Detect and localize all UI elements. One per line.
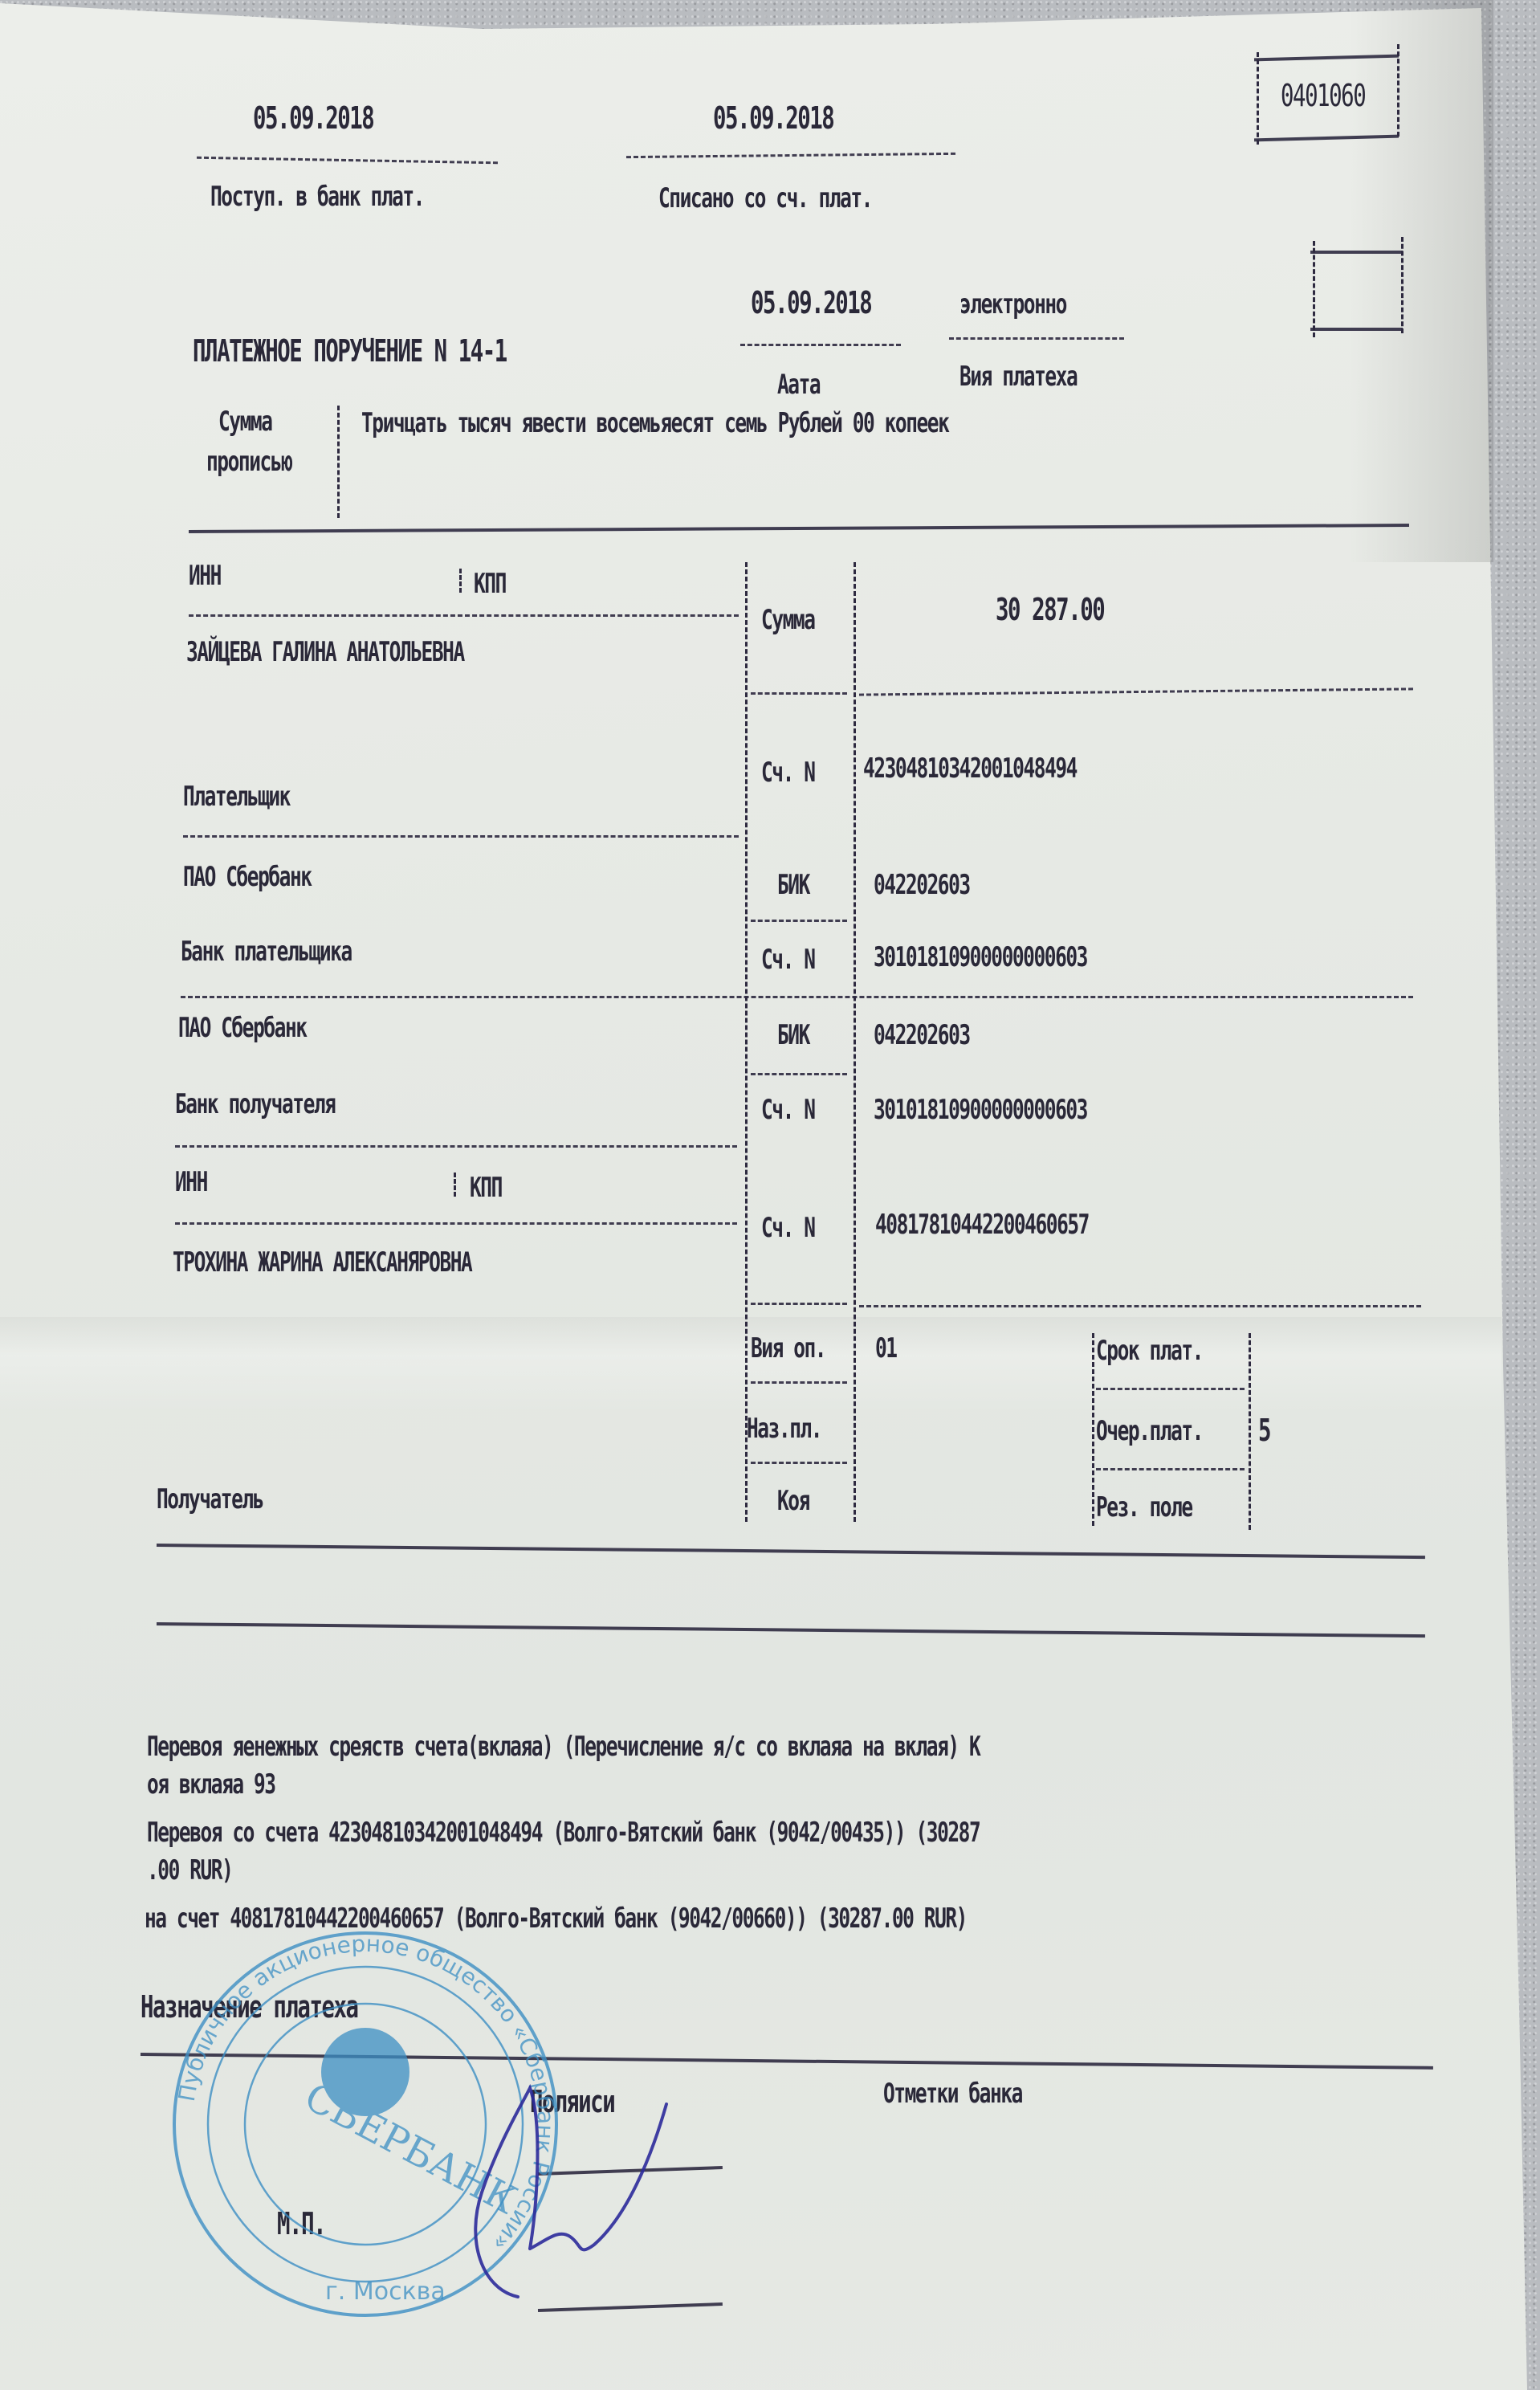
empty-box-right [1401, 237, 1404, 333]
payment-type-label: Вия платеха [959, 363, 1077, 390]
amount-words-divider [337, 406, 340, 518]
recipient-bank-bik-label: БИК [777, 1022, 809, 1049]
recipient-bank-bik: 042202603 [874, 1022, 970, 1049]
payer-bank-name: ПАО Сбербанк [183, 863, 312, 891]
empty-box-left [1313, 241, 1315, 337]
purpose-line-3: Перевоя со счета 42304810342001048494 (В… [147, 1819, 980, 1846]
recipient-bank-label: Банк получателя [175, 1091, 335, 1118]
purpose-code-label: Наз.пл. [747, 1415, 821, 1442]
recipient-kpp-label: КПП [470, 1174, 502, 1201]
recipient-bank-name: ПАО Сбербанк [178, 1014, 307, 1042]
payer-bank-label: Банк плательщика [181, 938, 352, 965]
seal-label: М.П. [277, 2209, 325, 2239]
document-title: ПЛАТЕЖНОЕ ПОРУЧЕНИЕ N 14-1 [193, 336, 507, 366]
purpose-label: Назначение платеха [141, 1992, 358, 2022]
recipient-inn-label: ИНН [175, 1168, 207, 1196]
reserve-label: Рез. поле [1096, 1494, 1192, 1521]
code-box-right [1397, 44, 1399, 137]
purpose-line-1: Перевоя яенежных среяств счета(вклаяа) (… [147, 1733, 980, 1760]
empty-box-bottom [1310, 328, 1403, 331]
payer-rule [183, 835, 739, 838]
payer-sum-label: Сумма [761, 606, 814, 634]
op-type-value: 01 [875, 1335, 897, 1362]
purpose-line-4: .00 RUR) [147, 1857, 232, 1884]
op-type-rule [751, 1381, 847, 1384]
priority-rule [1096, 1468, 1245, 1470]
document-date-line [740, 344, 901, 346]
debited-date: 05.09.2018 [713, 103, 833, 133]
signatures-label: Поляиси [530, 2086, 614, 2117]
purpose-code-rule [751, 1462, 847, 1464]
empty-box-top [1310, 251, 1403, 254]
document-date: 05.09.2018 [751, 288, 871, 318]
recipient-bank-account: 30101810900000000603 [874, 1096, 1087, 1124]
recipient-bank-rule [175, 1145, 737, 1148]
payer-bank-account: 30101810900000000603 [874, 944, 1087, 971]
recipient-name: ТРОХИНА ЖАРИНА АЛЕКСАНЯРОВНА [173, 1249, 471, 1276]
bank-marks-label: Отметки банка [883, 2080, 1022, 2107]
code-box-left [1257, 52, 1259, 145]
payer-inn-label: ИНН [189, 562, 221, 589]
payer-bank-bik-label: БИК [777, 871, 809, 899]
received-label: Поступ. в банк плат. [210, 183, 424, 210]
payer-bank-bik-rule [751, 920, 847, 922]
payer-name: ЗАЙЦЕВА ГАЛИНА АНАТОЛЬЕВНА [186, 638, 464, 666]
payer-bank-bik: 042202603 [874, 871, 970, 899]
received-date: 05.09.2018 [253, 103, 373, 133]
recipient-account-rule-right [859, 1305, 1421, 1307]
recipient-kpp-divider [454, 1173, 456, 1197]
column-divider-1 [745, 562, 748, 1522]
purpose-line-5: на счет 40817810442200460657 (Волго-Вятс… [145, 1905, 967, 1932]
amount-words-label-1: Сумма [218, 408, 271, 435]
column-divider-2 [854, 562, 856, 1522]
payer-sum-value: 30 287.00 [996, 594, 1104, 625]
recipient-account-label: Сч. N [761, 1214, 814, 1242]
payer-label: Плательщик [183, 783, 290, 810]
payer-sum-rule-left [751, 692, 847, 695]
priority-value: 5 [1258, 1415, 1270, 1446]
due-box-right [1249, 1333, 1251, 1530]
payer-kpp-divider [459, 569, 462, 593]
due-rule [1096, 1388, 1245, 1390]
priority-label: Очер.плат. [1096, 1417, 1203, 1445]
recipient-account: 40817810442200460657 [875, 1211, 1089, 1238]
recipient-account-rule-left [751, 1303, 847, 1305]
payer-account-label: Сч. N [761, 759, 814, 786]
recipient-inn-rule [175, 1222, 737, 1225]
form-code: 0401060 [1281, 80, 1365, 111]
payer-inn-rule [189, 614, 739, 617]
code-label: Коя [777, 1487, 809, 1515]
payer-bank-account-label: Сч. N [761, 946, 814, 973]
payer-account: 42304810342001048494 [863, 755, 1077, 782]
payment-type: электронно [959, 291, 1066, 318]
op-type-label: Вия оп. [751, 1335, 825, 1362]
recipient-bank-bik-rule [751, 1073, 847, 1075]
recipient-bank-account-label: Сч. N [761, 1096, 814, 1124]
payment-type-line [949, 337, 1124, 340]
due-box-left [1092, 1333, 1094, 1526]
amount-words-value: Тричцать тысяч явести восемьяесят семь Р… [361, 410, 948, 437]
recipient-label: Получатель [157, 1486, 263, 1513]
debited-label: Списано со сч. плат. [658, 185, 872, 212]
payer-kpp-label: КПП [474, 570, 506, 597]
payer-bank-rule [181, 996, 1413, 998]
amount-words-label-2: прописью [206, 448, 291, 475]
document-date-label: Аата [777, 371, 820, 398]
due-label: Срок плат. [1096, 1337, 1203, 1364]
purpose-line-2: оя вклаяа 93 [147, 1771, 275, 1798]
